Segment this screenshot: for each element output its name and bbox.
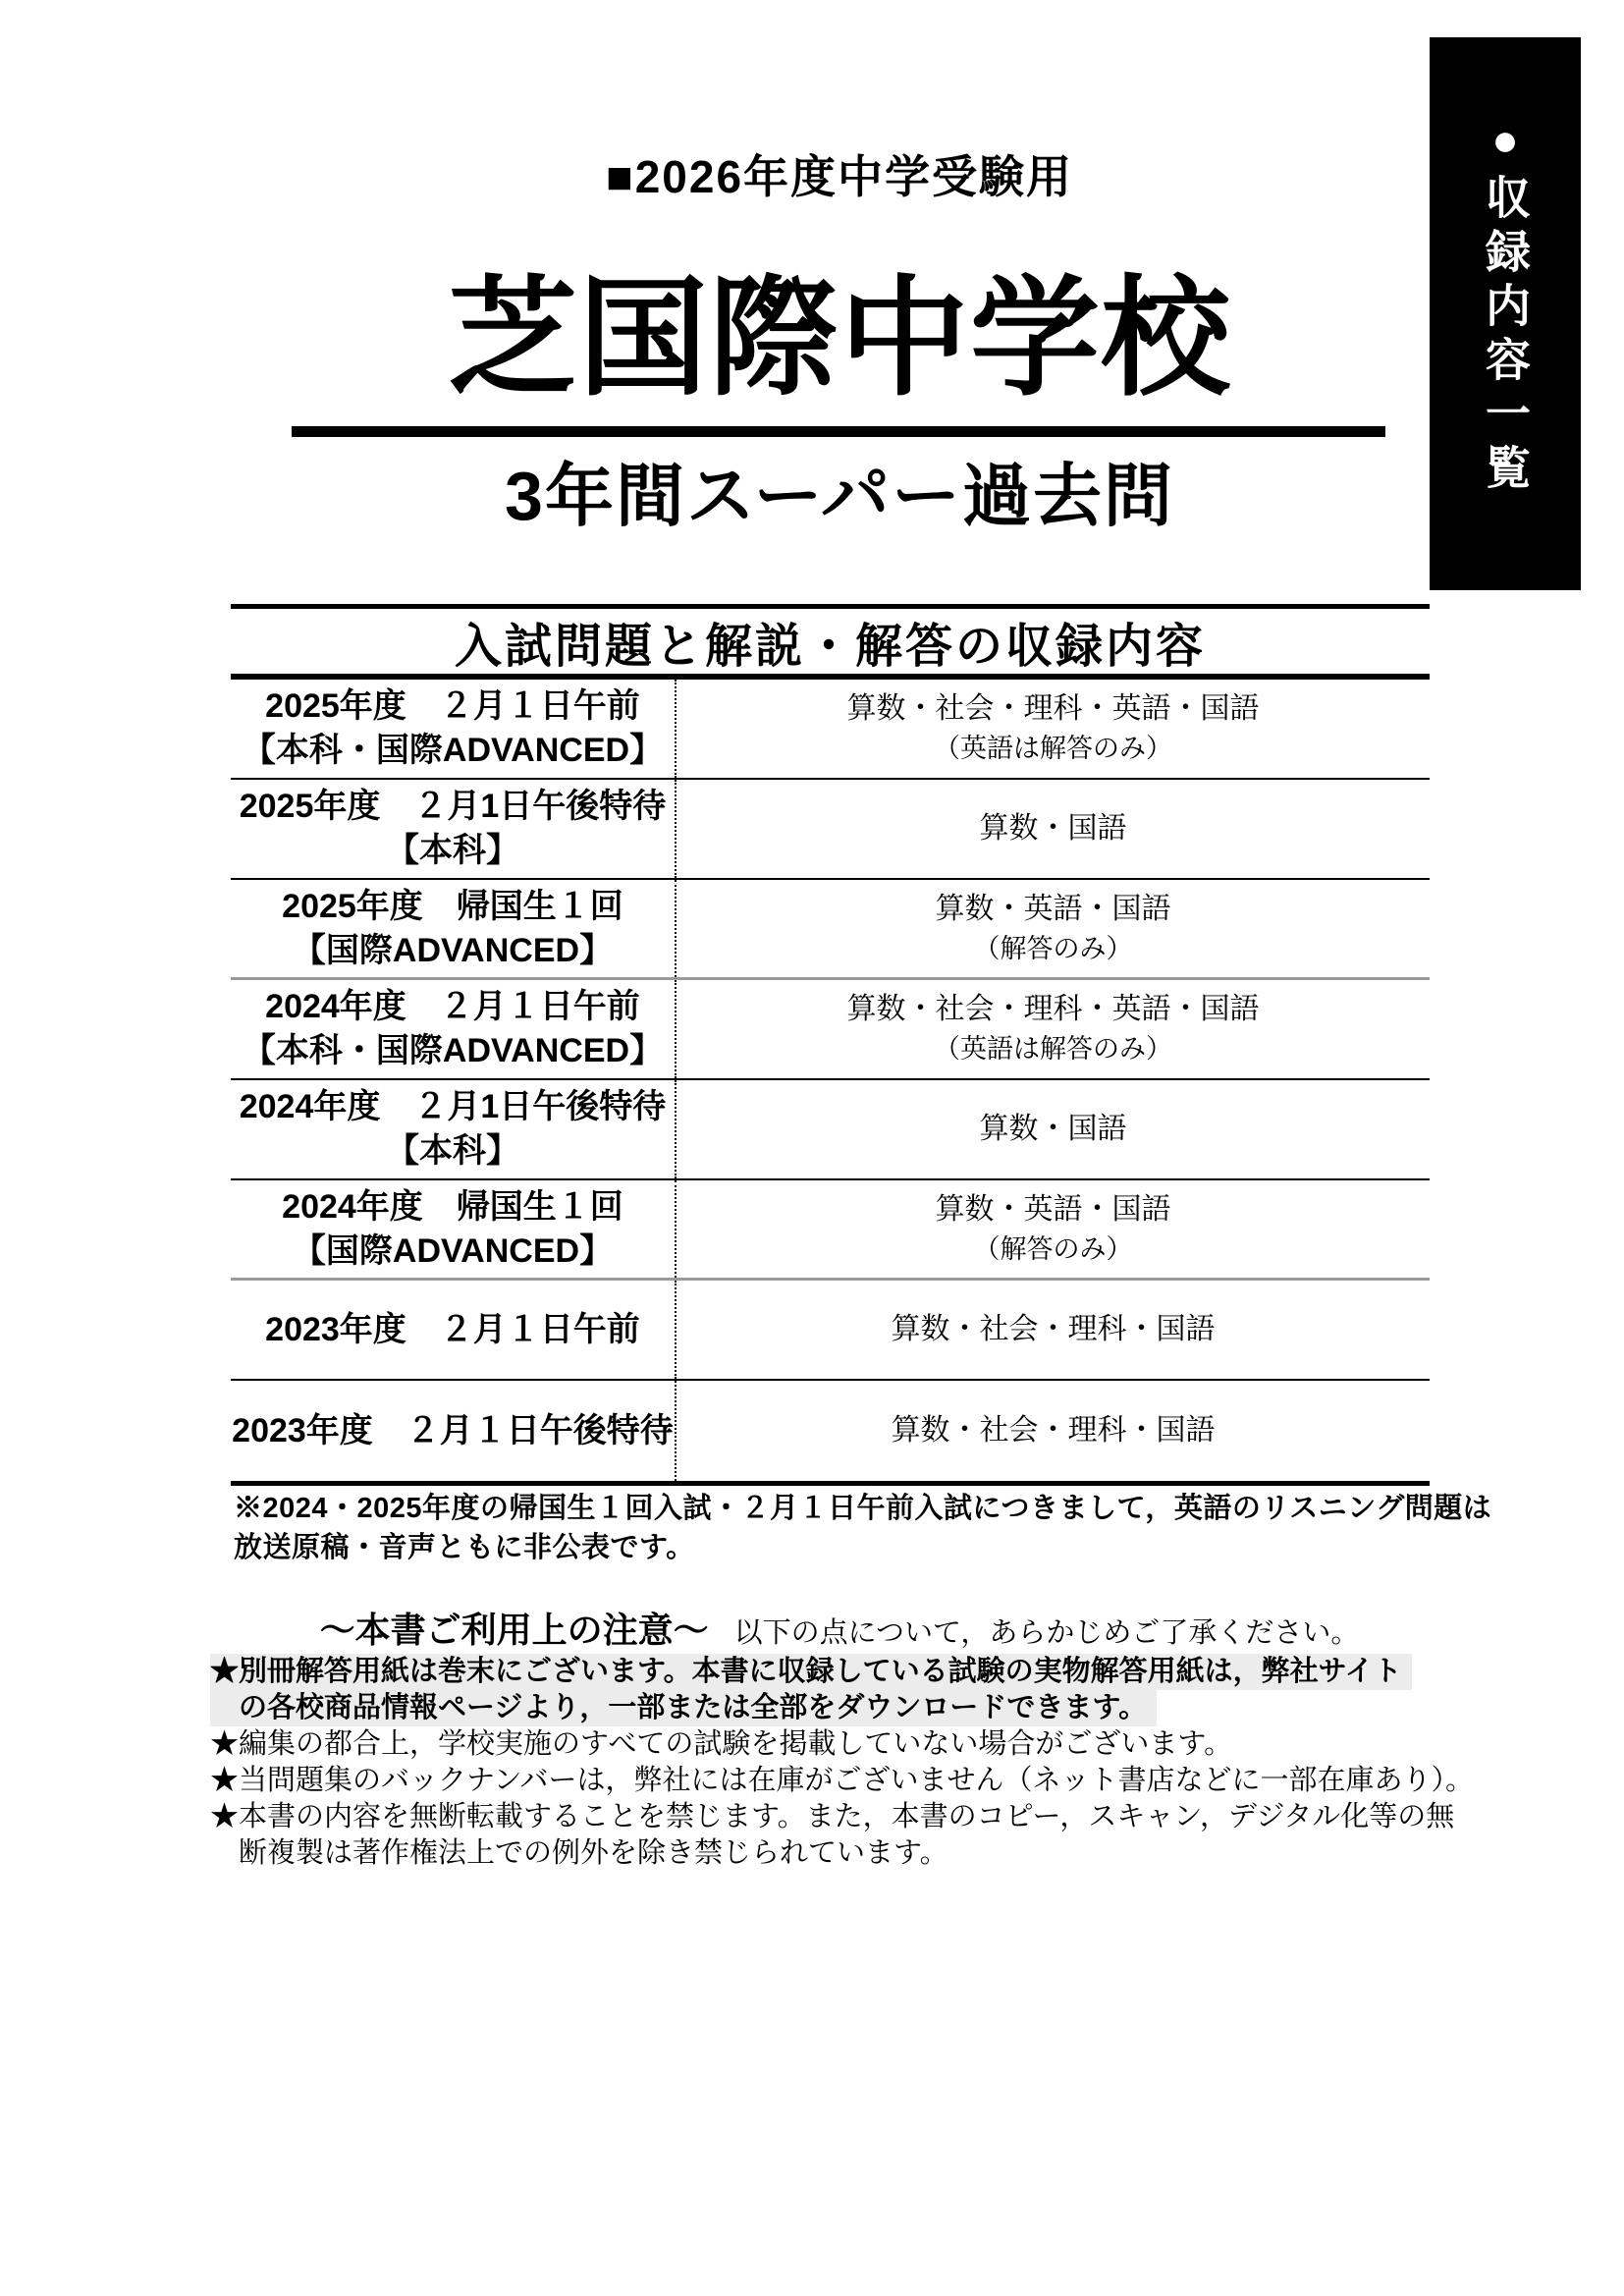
exam-course: 【本科・国際ADVANCED】 <box>243 729 663 773</box>
exam-cell: 2025年度 帰国生１回 【国際ADVANCED】 <box>231 880 675 977</box>
listening-footnote: ※2024・2025年度の帰国生１回入試・２月１日午前入試につきまして，英語のリ… <box>234 1489 1491 1567</box>
subjects-note: （解答のみ） <box>974 929 1133 968</box>
subjects-note: （解答のみ） <box>974 1230 1133 1269</box>
usage-notes-subtitle: 以下の点について，あらかじめご了承ください。 <box>734 1617 1360 1649</box>
exam-cell: 2025年度 ２月1日午後特待 【本科】 <box>231 780 675 878</box>
subjects-cell: 算数・社会・理科・英語・国語 （英語は解答のみ） <box>675 680 1430 778</box>
exam-cell: 2024年度 帰国生１回 【国際ADVANCED】 <box>231 1180 675 1278</box>
subjects-cell: 算数・国語 <box>675 1080 1430 1178</box>
exam-course: 【国際ADVANCED】 <box>293 929 613 973</box>
title-underline <box>292 426 1385 437</box>
table-row: 2024年度 帰国生１回 【国際ADVANCED】 算数・英語・国語 （解答のみ… <box>231 1180 1430 1281</box>
exam-cell: 2023年度 ２月１日午後特待 <box>231 1381 675 1481</box>
usage-notes-list: ★別冊解答用紙は巻末にございます。本書に収録している試験の実物解答用紙は，弊社サ… <box>210 1654 1474 1872</box>
subjects: 算数・社会・理科・国語 <box>892 1310 1216 1349</box>
subjects-note: （英語は解答のみ） <box>934 729 1172 768</box>
edition-label: ■2026年度中学受験用 <box>177 149 1502 204</box>
table-row: 2025年度 ２月1日午後特待 【本科】 算数・国語 <box>231 780 1430 880</box>
exam-name: 2023年度 ２月１日午前 <box>265 1308 640 1352</box>
contents-table: 入試問題と解説・解答の収録内容 2025年度 ２月１日午前 【本科・国際ADVA… <box>231 604 1430 1486</box>
exam-name: 2025年度 ２月1日午後特待 <box>240 785 667 829</box>
table-row: 2023年度 ２月１日午後特待 算数・社会・理科・国語 <box>231 1381 1430 1481</box>
side-banner: ●収録内容一覧 <box>1430 37 1581 590</box>
table-row: 2025年度 ２月１日午前 【本科・国際ADVANCED】 算数・社会・理科・英… <box>231 680 1430 780</box>
subjects: 算数・国語 <box>980 809 1127 848</box>
subjects-cell: 算数・国語 <box>675 780 1430 878</box>
subjects: 算数・英語・国語 <box>936 1190 1171 1230</box>
subjects: 算数・英語・国語 <box>936 890 1171 929</box>
subjects: 算数・社会・理科・国語 <box>892 1411 1216 1450</box>
footnote-line: ※2024・2025年度の帰国生１回入試・２月１日午前入試につきまして，英語のリ… <box>234 1489 1491 1528</box>
subjects: 算数・国語 <box>980 1110 1127 1149</box>
exam-name: 2024年度 帰国生１回 <box>282 1185 623 1230</box>
exam-course: 【本科】 <box>386 829 519 873</box>
side-banner-label: ●収録内容一覧 <box>1483 114 1528 498</box>
exam-name: 2023年度 ２月１日午後特待 <box>232 1409 674 1453</box>
subjects-cell: 算数・英語・国語 （解答のみ） <box>675 1180 1430 1278</box>
note-item-line: ★本書の内容を無断転載することを禁じます。また，本書のコピー，スキャン，デジタル… <box>210 1799 1474 1835</box>
table-row: 2024年度 ２月１日午前 【本科・国際ADVANCED】 算数・社会・理科・英… <box>231 980 1430 1080</box>
series-subtitle: 3年間スーパー過去問 <box>177 457 1502 535</box>
school-name-title: 芝国際中学校 <box>177 257 1502 419</box>
exam-name: 2025年度 帰国生１回 <box>282 885 623 929</box>
book-cover-page: ■2026年度中学受験用 芝国際中学校 3年間スーパー過去問 ●収録内容一覧 入… <box>0 0 1624 2296</box>
exam-cell: 2025年度 ２月１日午前 【本科・国際ADVANCED】 <box>231 680 675 778</box>
subjects-cell: 算数・社会・理科・国語 <box>675 1381 1430 1481</box>
subjects-note: （英語は解答のみ） <box>934 1029 1172 1068</box>
note-item-line: ★編集の都合上，学校実施のすべての試験を掲載していない場合がございます。 <box>210 1726 1474 1763</box>
usage-notes-title: ～本書ご利用上の注意～ <box>320 1610 709 1650</box>
table-row: 2025年度 帰国生１回 【国際ADVANCED】 算数・英語・国語 （解答のみ… <box>231 880 1430 980</box>
note-item-line: の各校商品情報ページより，一部または全部をダウンロードできます。 <box>210 1690 1474 1726</box>
exam-name: 2024年度 ２月１日午前 <box>265 985 640 1029</box>
exam-course: 【国際ADVANCED】 <box>293 1230 613 1274</box>
note-item-line: 断複製は著作権法上での例外を除き禁じられています。 <box>210 1835 1474 1872</box>
table-body: 2025年度 ２月１日午前 【本科・国際ADVANCED】 算数・社会・理科・英… <box>231 680 1430 1486</box>
note-item-line: ★当問題集のバックナンバーは，弊社には在庫がございません（ネット書店などに一部在… <box>210 1763 1474 1799</box>
table-row: 2024年度 ２月1日午後特待 【本科】 算数・国語 <box>231 1080 1430 1180</box>
note-item-line: ★別冊解答用紙は巻末にございます。本書に収録している試験の実物解答用紙は，弊社サ… <box>210 1654 1474 1690</box>
exam-course: 【本科・国際ADVANCED】 <box>243 1029 663 1073</box>
usage-notes-heading: ～本書ご利用上の注意～以下の点について，あらかじめご了承ください。 <box>177 1603 1502 1653</box>
subjects-cell: 算数・英語・国語 （解答のみ） <box>675 880 1430 977</box>
exam-name: 2025年度 ２月１日午前 <box>265 684 640 729</box>
subjects: 算数・社会・理科・英語・国語 <box>847 990 1260 1029</box>
exam-cell: 2023年度 ２月１日午前 <box>231 1281 675 1379</box>
exam-name: 2024年度 ２月1日午後特待 <box>240 1085 667 1129</box>
exam-course: 【本科】 <box>386 1129 519 1174</box>
subjects: 算数・社会・理科・英語・国語 <box>847 689 1260 729</box>
table-header: 入試問題と解説・解答の収録内容 <box>231 609 1430 680</box>
exam-cell: 2024年度 ２月1日午後特待 【本科】 <box>231 1080 675 1178</box>
table-row: 2023年度 ２月１日午前 算数・社会・理科・国語 <box>231 1281 1430 1381</box>
subjects-cell: 算数・社会・理科・英語・国語 （英語は解答のみ） <box>675 980 1430 1078</box>
subjects-cell: 算数・社会・理科・国語 <box>675 1281 1430 1379</box>
exam-cell: 2024年度 ２月１日午前 【本科・国際ADVANCED】 <box>231 980 675 1078</box>
footnote-line: 放送原稿・音声ともに非公表です。 <box>234 1528 1491 1567</box>
